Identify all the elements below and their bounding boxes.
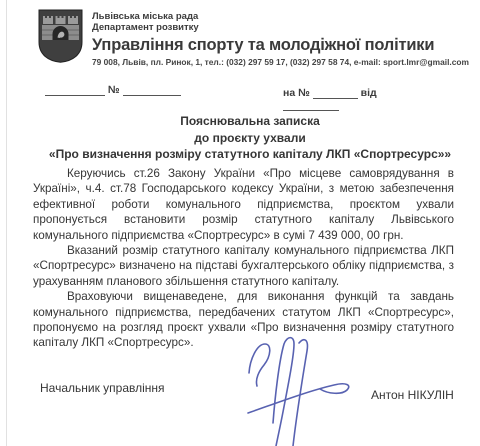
lviv-coat-of-arms-icon	[38, 9, 83, 63]
signer-name: Антон НІКУЛІН	[371, 388, 454, 402]
title-line2: до проєкту ухвали	[40, 130, 460, 147]
outgoing-ref: №	[45, 84, 181, 96]
number-label: №	[108, 84, 120, 96]
incoming-number-blank	[313, 88, 358, 99]
letterhead: Львівська міська рада Департамент розвит…	[38, 9, 469, 67]
body-paragraph-3: Враховуючи вищенаведене, для виконання ф…	[33, 289, 454, 351]
title-line1: Пояснювальна записка	[40, 113, 460, 130]
org-name: Управління спорту та молодіжної політики	[92, 36, 469, 55]
body-paragraph-1: Керуючись ст.26 Закону України «Про місц…	[33, 166, 454, 243]
incoming-number-label: на №	[283, 87, 310, 99]
scan-edge-line	[6, 0, 7, 446]
signer-position: Начальник управління	[40, 381, 165, 395]
reference-line: № на № від	[45, 84, 435, 98]
letterhead-text: Львівська міська рада Департамент розвит…	[92, 9, 469, 67]
title-line3: «Про визначення розміру статутного капіт…	[40, 146, 460, 163]
document-page: Львівська міська рада Департамент розвит…	[0, 0, 480, 446]
org-parent-line1: Львівська міська рада	[92, 11, 469, 22]
date-blank	[45, 85, 105, 96]
document-body: Керуючись ст.26 Закону України «Про місц…	[33, 166, 454, 351]
org-contact-line: 79 008, Львів, пл. Ринок, 1, тел.: (032)…	[92, 57, 469, 67]
body-paragraph-2: Вказаний розмір статутного капіталу кому…	[33, 243, 454, 289]
incoming-ref: на № від	[283, 87, 435, 111]
from-label: від	[361, 87, 377, 99]
handwritten-signature	[246, 331, 364, 446]
org-parent-line2: Департамент розвитку	[92, 22, 469, 33]
number-blank	[123, 85, 181, 96]
from-date-blank	[283, 100, 339, 111]
document-title: Пояснювальна записка до проєкту ухвали «…	[40, 113, 460, 163]
